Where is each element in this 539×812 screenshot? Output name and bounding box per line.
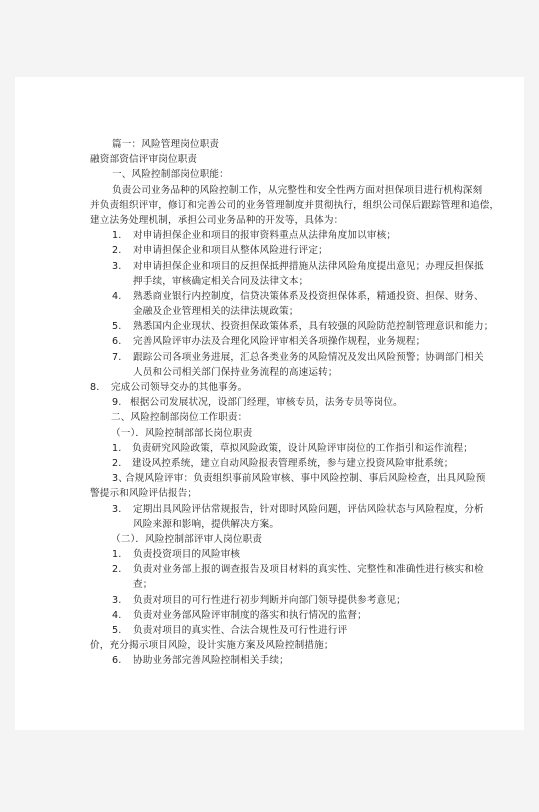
paragraph-text: 并负责组织评审，修订和完善公司的业务管理制度并贯彻执行，组织公司保后跟踪管理和追… (90, 198, 499, 213)
item-text: 金融及企业管理相关的法律法规政策； (133, 304, 299, 319)
item-text: 负责研究风险政策，草拟风险政策，设计风险评审岗位的工作指引和运作流程； (132, 441, 473, 456)
heading-text: 一、风险控制部岗位职能： (112, 167, 229, 182)
item-number: 8. (90, 380, 99, 395)
item-text: 警提示和风险评估报告； (90, 486, 197, 501)
item-text: 完成公司领导交办的其他事务。 (111, 380, 247, 395)
item-number: 4. (112, 608, 121, 623)
heading-text: （一）．风险控制部部长岗位职责 (111, 426, 252, 441)
list-item: 8.完成公司领导交办的其他事务。 (15, 380, 524, 395)
item-text: 负责对项目的可行性进行初步判断并向部门领导提供参考意见； (133, 593, 406, 608)
list-item: 4.负责对业务部风险评审制度的落实和执行情况的监督； (15, 608, 524, 623)
section2-heading: 二、风险控制部岗位工作职责： (15, 410, 524, 425)
list-item-continuation: 金融及企业管理相关的法律法规政策； (15, 304, 524, 319)
list-item: 3.负责对项目的可行性进行初步判断并向部门领导提供参考意见； (15, 593, 524, 608)
heading-text: （二）．风险控制部评审人岗位职责 (111, 532, 262, 547)
heading-text: 二、风险控制部岗位工作职责： (111, 410, 247, 425)
item-text: 负责对业务部上报的调查报告及项目材料的真实性、完整性和准确性进行核实和检 (133, 562, 484, 577)
list-item: 7.跟踪公司各项业务进展，汇总各类业务的风险情况及发出风险预警；协调部门相关 (15, 350, 524, 365)
item-text: 熟悉国内企业现状、投资担保政策体系，具有较强的风险防范控制管理意识和能力； (133, 319, 494, 334)
item-number: 1. (112, 228, 121, 243)
item-number: 3. (112, 593, 121, 608)
item-text: 熟悉商业银行内控制度，信贷决策体系及投资担保体系，精通投资、担保、财务、 (133, 289, 484, 304)
item-text: 定期出具风险评估常规报告，针对即时风险问题，评估风险状态与风险程度，分析 (133, 502, 484, 517)
list-item: 3.对申请担保企业和项目的反担保抵押措施从法律风险角度提出意见；办理反担保抵 (15, 259, 524, 274)
item-text: 押手续，审核确定相关合同及法律文本； (133, 274, 308, 289)
item-number: 2. (112, 562, 121, 577)
list-item: 2.对申请担保企业和项目从整体风险进行评定； (15, 243, 524, 258)
document-page: 篇一：风险管理岗位职责 融资部资信评审岗位职责 一、风险控制部岗位职能： 负责公… (15, 77, 524, 730)
list-item: 2.建设风控系统，建立自动风险报表管理系统，参与建立投资风险审批系统； (15, 456, 524, 471)
title-text: 篇一：风险管理岗位职责 (112, 137, 219, 152)
section1-intro-line: 并负责组织评审，修订和完善公司的业务管理制度并贯彻执行，组织公司保后跟踪管理和追… (15, 198, 524, 213)
item-number: 3. (112, 259, 121, 274)
document-subtitle: 融资部资信评审岗位职责 (15, 152, 524, 167)
item-text: 对申请担保企业和项目从整体风险进行评定； (133, 243, 328, 258)
item-text: 价，充分揭示项目风险，设计实施方案及风险控制措施； (90, 638, 334, 653)
list-item-continuation: 押手续，审核确定相关合同及法律文本； (15, 274, 524, 289)
item-number: 6. (112, 334, 121, 349)
list-item: 3.定期出具风险评估常规报告，针对即时风险问题，评估风险状态与风险程度，分析 (15, 502, 524, 517)
list-item-continuation: 价，充分揭示项目风险，设计实施方案及风险控制措施； (15, 638, 524, 653)
item-number: 1. (112, 547, 121, 562)
item-text: 风险来源和影响，提供解决方案。 (133, 517, 279, 532)
list-item: 5.负责对项目的真实性、合法合规性及可行性进行评 (15, 623, 524, 638)
item-text: 根据公司发展状况，设部门经理，审核专员，法务专员等岗位。 (130, 395, 403, 410)
list-item: 5.熟悉国内企业现状、投资担保政策体系，具有较强的风险防范控制管理意识和能力； (15, 319, 524, 334)
list-item: 4.熟悉商业银行内控制度，信贷决策体系及投资担保体系，精通投资、担保、财务、 (15, 289, 524, 304)
item-text: 跟踪公司各项业务进展，汇总各类业务的风险情况及发出风险预警；协调部门相关 (133, 350, 484, 365)
item-text: 负责对业务部风险评审制度的落实和执行情况的监督； (133, 608, 367, 623)
paragraph-text: 负责公司业务品种的风险控制工作，从完整性和安全性两方面对担保项目进行机构深刻 (112, 183, 482, 198)
item-number: 4. (112, 289, 121, 304)
section1-intro-line: 负责公司业务品种的风险控制工作，从完整性和安全性两方面对担保项目进行机构深刻 (15, 183, 524, 198)
item-text: 查； (133, 577, 153, 592)
list-item: 1.负责投资项目的风险审核 (15, 547, 524, 562)
list-item-continuation: 查； (15, 577, 524, 592)
subsection2-heading: （二）．风险控制部评审人岗位职责 (15, 532, 524, 547)
item-number: 2. (112, 456, 121, 471)
item-number: 3. (112, 502, 121, 517)
list-item: 6.协助业务部完善风险控制相关手续； (15, 653, 524, 668)
list-item: 3、合规风险评审：负责组织事前风险审核、事中风险控制、事后风险检查，出具风险预 (15, 471, 524, 486)
list-item-continuation: 风险来源和影响，提供解决方案。 (15, 517, 524, 532)
item-number: 7. (112, 350, 121, 365)
list-item: 2.负责对业务部上报的调查报告及项目材料的真实性、完整性和准确性进行核实和检 (15, 562, 524, 577)
list-item-continuation: 警提示和风险评估报告； (15, 486, 524, 501)
list-item: 6.完善风险评审办法及合理化风险评审相关各项操作规程，业务规程； (15, 334, 524, 349)
subtitle-text: 融资部资信评审岗位职责 (90, 152, 197, 167)
item-number: 5. (112, 623, 121, 638)
item-text: 对申请担保企业和项目的报审资料重点从法律角度加以审核； (133, 228, 396, 243)
list-item: 1.对申请担保企业和项目的报审资料重点从法律角度加以审核； (15, 228, 524, 243)
item-number: 1. (112, 441, 121, 456)
item-text: 完善风险评审办法及合理化风险评审相关各项操作规程，业务规程； (133, 334, 425, 349)
document-body: 篇一：风险管理岗位职责 融资部资信评审岗位职责 一、风险控制部岗位职能： 负责公… (15, 137, 524, 669)
list-item-continuation: 人员和公司相关部门保持业务流程的高速运转； (15, 365, 524, 380)
item-text: 人员和公司相关部门保持业务流程的高速运转； (133, 365, 338, 380)
item-text: 负责对项目的真实性、合法合规性及可行性进行评 (133, 623, 347, 638)
list-item: 9.根据公司发展状况，设部门经理，审核专员，法务专员等岗位。 (15, 395, 524, 410)
subsection1-heading: （一）．风险控制部部长岗位职责 (15, 426, 524, 441)
item-number: 5. (112, 319, 121, 334)
item-number: 6. (112, 653, 121, 668)
item-text: 协助业务部完善风险控制相关手续； (133, 653, 289, 668)
list-item: 1.负责研究风险政策，草拟风险政策，设计风险评审岗位的工作指引和运作流程； (15, 441, 524, 456)
item-text: 对申请担保企业和项目的反担保抵押措施从法律风险角度提出意见；办理反担保抵 (133, 259, 484, 274)
paragraph-text: 建立法务处理机制，承担公司业务品种的开发等，具体为： (90, 213, 343, 228)
item-text: 合规风险评审：负责组织事前风险审核、事中风险控制、事后风险检查，出具风险预 (125, 471, 486, 486)
document-title: 篇一：风险管理岗位职责 (15, 137, 524, 152)
section1-intro-line: 建立法务处理机制，承担公司业务品种的开发等，具体为： (15, 213, 524, 228)
item-number: 9. (112, 395, 121, 410)
section1-heading: 一、风险控制部岗位职能： (15, 167, 524, 182)
item-text: 建设风控系统，建立自动风险报表管理系统，参与建立投资风险审批系统； (132, 456, 454, 471)
item-text: 负责投资项目的风险审核 (133, 547, 240, 562)
item-number: 2. (112, 243, 121, 258)
